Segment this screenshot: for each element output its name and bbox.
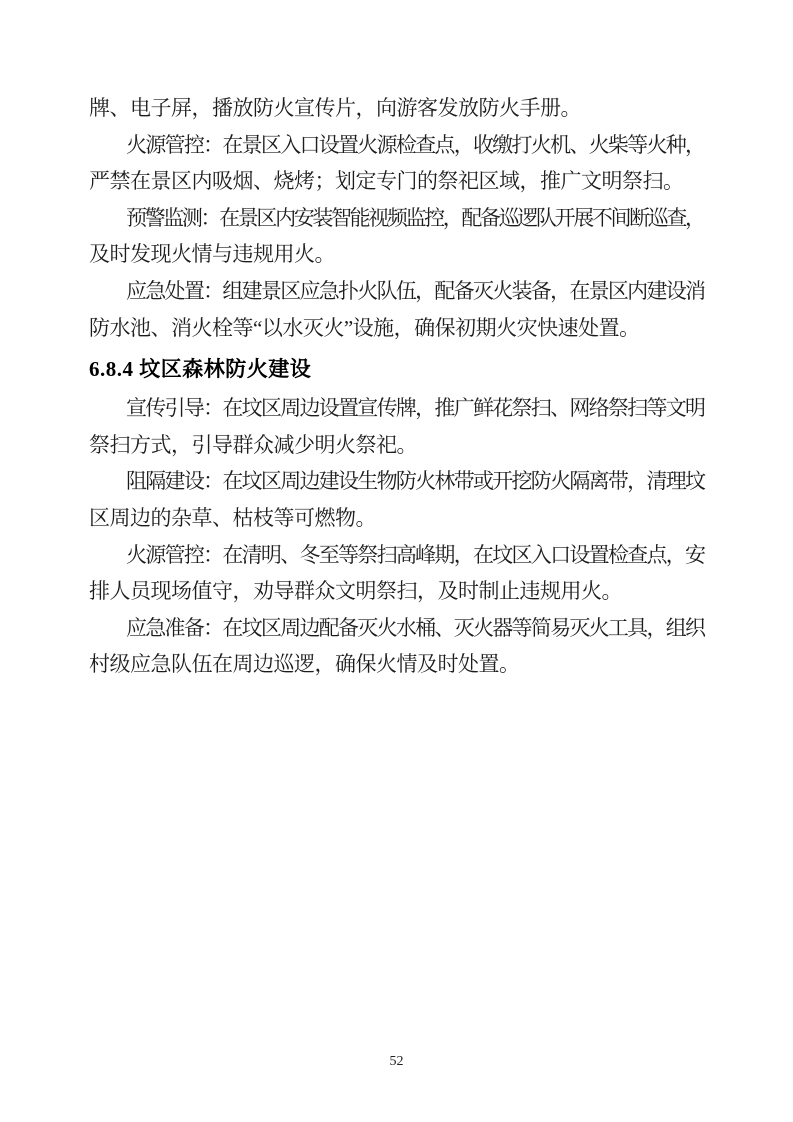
paragraph-line: 村级应急队伍在周边巡逻，确保火情及时处置。 (89, 646, 703, 683)
paragraph-line: 宣传引导：在坟区周边设置宣传牌，推广鲜花祭扫、网络祭扫等文明 (89, 390, 703, 427)
document-body: 牌、电子屏，播放防火宣传片，向游客发放防火手册。 火源管控：在景区入口设置火源检… (0, 0, 793, 683)
section-heading: 6.8.4 坟区森林防火建设 (89, 349, 703, 390)
paragraph-line: 严禁在景区内吸烟、烧烤；划定专门的祭祀区域，推广文明祭扫。 (89, 163, 703, 200)
paragraph-line: 预警监测：在景区内安装智能视频监控，配备巡逻队开展不间断巡查， (89, 200, 703, 237)
paragraph-line: 应急准备：在坟区周边配备灭火水桶、灭火器等简易灭火工具，组织 (89, 610, 703, 647)
paragraph-line: 祭扫方式，引导群众减少明火祭祀。 (89, 427, 703, 464)
paragraph-line: 牌、电子屏，播放防火宣传片，向游客发放防火手册。 (89, 90, 703, 127)
paragraph-line: 火源管控：在景区入口设置火源检查点，收缴打火机、火柴等火种， (89, 127, 703, 164)
paragraph-line: 应急处置：组建景区应急扑火队伍，配备灭火装备，在景区内建设消 (89, 273, 703, 310)
paragraph-line: 及时发现火情与违规用火。 (89, 236, 703, 273)
paragraph-line: 区周边的杂草、枯枝等可燃物。 (89, 500, 703, 537)
paragraph-line: 防水池、消火栓等“以水灭火”设施，确保初期火灾快速处置。 (89, 310, 703, 347)
document-page: 牌、电子屏，播放防火宣传片，向游客发放防火手册。 火源管控：在景区入口设置火源检… (0, 0, 793, 1122)
paragraph-line: 排人员现场值守，劝导群众文明祭扫，及时制止违规用火。 (89, 573, 703, 610)
page-number: 52 (0, 1052, 793, 1072)
paragraph-line: 火源管控：在清明、冬至等祭扫高峰期，在坟区入口设置检查点，安 (89, 537, 703, 574)
paragraph-line: 阻隔建设：在坟区周边建设生物防火林带或开挖防火隔离带，清理坟 (89, 463, 703, 500)
